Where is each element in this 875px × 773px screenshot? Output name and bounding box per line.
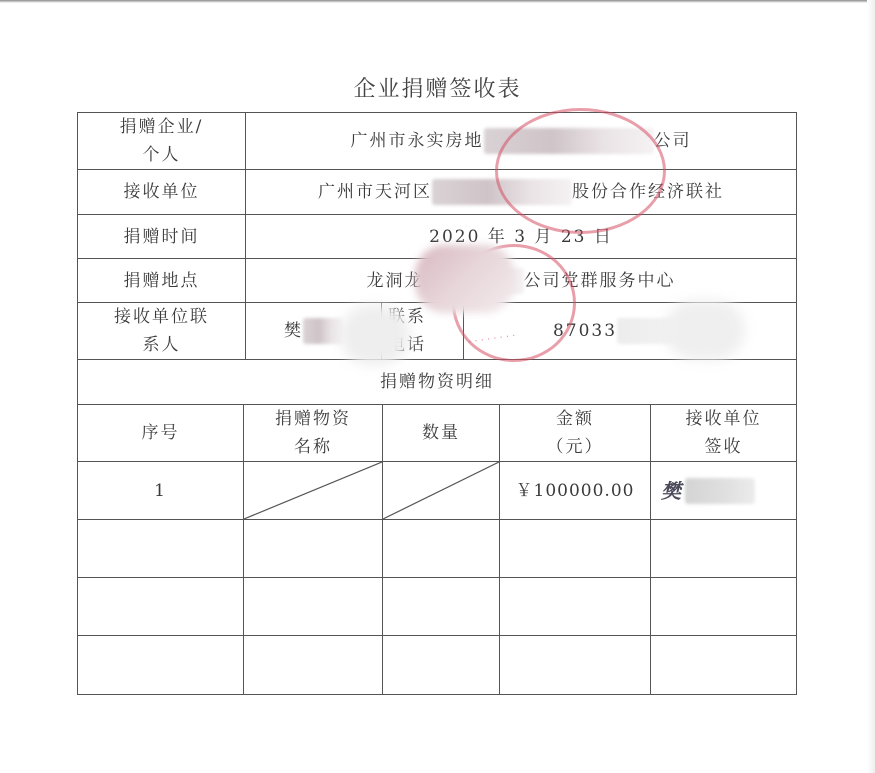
donor-name-suffix: 公司 bbox=[654, 127, 692, 155]
col-header-item-name: 捐赠物资 名称 bbox=[244, 405, 383, 461]
cell-item-name-struck bbox=[244, 462, 383, 519]
donor-label-line1: 捐赠企业/ bbox=[120, 113, 204, 141]
cell-index bbox=[78, 520, 244, 577]
redacted-block bbox=[432, 179, 572, 205]
col-header-line2: 签收 bbox=[686, 433, 762, 461]
recipient-value: 广州市天河区 股份合作经济联社 bbox=[246, 170, 796, 214]
cell-index bbox=[78, 578, 244, 635]
col-header-line1: 捐赠物资 bbox=[275, 405, 351, 433]
redacted-block bbox=[484, 128, 654, 154]
donor-label: 捐赠企业/ 个人 bbox=[78, 113, 246, 169]
donor-value: 广州市永实房地 公司 bbox=[246, 113, 796, 169]
recipient-name-suffix: 股份合作经济联社 bbox=[572, 178, 724, 206]
scan-edge-top bbox=[0, 0, 875, 3]
cell-item-name bbox=[244, 520, 383, 577]
redaction-cloud bbox=[415, 245, 515, 313]
cell-index: 1 bbox=[78, 462, 244, 519]
redacted-block bbox=[303, 318, 343, 344]
contact-label-line1: 接收单位联 bbox=[114, 303, 209, 331]
recipient-label: 接收单位 bbox=[78, 170, 246, 214]
cell-signature bbox=[651, 636, 796, 694]
cell-signature bbox=[651, 578, 796, 635]
table-row bbox=[78, 520, 796, 578]
donor-label-line2: 个人 bbox=[120, 141, 204, 169]
table-row bbox=[78, 636, 796, 694]
row-donor: 捐赠企业/ 个人 广州市永实房地 公司 bbox=[78, 113, 796, 170]
details-heading: 捐赠物资明细 bbox=[78, 360, 796, 404]
scan-edge-right bbox=[867, 0, 875, 773]
col-header-index: 序号 bbox=[78, 405, 244, 461]
cell-amount: ￥100000.00 bbox=[500, 462, 651, 519]
place-value: 龙洞龙 公司党群服务中心 bbox=[246, 259, 796, 302]
redacted-block bbox=[685, 478, 755, 504]
cell-index bbox=[78, 636, 244, 694]
col-header-line1: 接收单位 bbox=[686, 405, 762, 433]
phone-value: 87033 bbox=[464, 303, 796, 359]
cell-quantity bbox=[383, 636, 500, 694]
contact-label-line2: 系人 bbox=[114, 331, 209, 359]
col-header-line1: 金额 bbox=[547, 405, 604, 433]
col-header-amount: 金额 （元） bbox=[500, 405, 651, 461]
details-header-row: 序号 捐赠物资 名称 数量 金额 （元） 接收单位 签收 bbox=[78, 405, 796, 462]
date-label: 捐赠时间 bbox=[78, 215, 246, 258]
phone-number: 87033 bbox=[553, 317, 617, 345]
col-header-quantity: 数量 bbox=[383, 405, 500, 461]
col-header-line1: 数量 bbox=[422, 419, 460, 447]
row-recipient: 接收单位 广州市天河区 股份合作经济联社 bbox=[78, 170, 796, 215]
place-label: 捐赠地点 bbox=[78, 259, 246, 302]
redaction-cloud bbox=[340, 305, 410, 365]
date-value: 2020 年 3 月 23 日 bbox=[246, 215, 796, 258]
donation-receipt-form: 捐赠企业/ 个人 广州市永实房地 公司 接收单位 广州市天河区 股份合作经济联社… bbox=[77, 112, 797, 695]
cell-quantity bbox=[383, 520, 500, 577]
col-header-line2: （元） bbox=[547, 433, 604, 461]
redaction-cloud bbox=[665, 300, 745, 360]
donor-name-prefix: 广州市永实房地 bbox=[351, 127, 484, 155]
col-header-line2: 名称 bbox=[275, 433, 351, 461]
row-details-heading: 捐赠物资明细 bbox=[78, 360, 796, 405]
cell-amount bbox=[500, 636, 651, 694]
cell-signature: 樊 bbox=[651, 462, 796, 519]
handwritten-signature: 樊 bbox=[661, 477, 681, 505]
cell-quantity bbox=[383, 578, 500, 635]
cell-amount bbox=[500, 578, 651, 635]
cell-quantity-struck bbox=[383, 462, 500, 519]
col-header-line1: 序号 bbox=[142, 419, 180, 447]
cell-item-name bbox=[244, 578, 383, 635]
table-row: 1 ￥100000.00 樊 bbox=[78, 462, 796, 520]
place-name-suffix: 公司党群服务中心 bbox=[524, 267, 676, 295]
cell-item-name bbox=[244, 636, 383, 694]
table-row bbox=[78, 578, 796, 636]
cell-amount bbox=[500, 520, 651, 577]
col-header-signature: 接收单位 签收 bbox=[651, 405, 796, 461]
cell-signature bbox=[651, 520, 796, 577]
recipient-name-prefix: 广州市天河区 bbox=[318, 178, 432, 206]
contact-name: 樊 bbox=[284, 317, 303, 345]
document-title: 企业捐赠签收表 bbox=[0, 72, 875, 103]
contact-label: 接收单位联 系人 bbox=[78, 303, 246, 359]
